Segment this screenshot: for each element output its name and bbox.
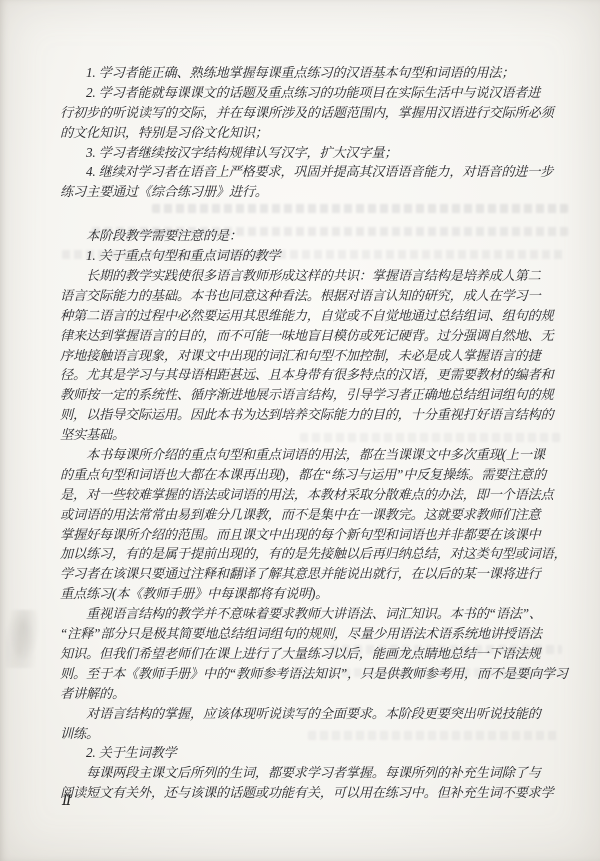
page-text: 1. 学习者能正确、熟练地掌握每课重点练习的汉语基本句型和词语的用法；2. 学习…: [60, 63, 550, 803]
text-line: 则，以指导交际运用。因此本书为达到培养交际能力的目的，十分重视打好语言结构的: [60, 405, 550, 425]
text-line: 种第二语言的过程中必然要运用其思维能力，自觉或不自觉地通过总结组词、组句的规: [60, 306, 550, 326]
text-line: 1. 学习者能正确、熟练地掌握每课重点练习的汉语基本句型和词语的用法；: [60, 63, 550, 83]
text-line: 本书每课所介绍的重点句型和重点词语的用法，都在当课课文中多次重现(上一课: [60, 445, 550, 465]
text-line: 2. 关于生词教学: [60, 743, 550, 763]
text-line: 的文化知识，特别是习俗文化知识；: [60, 123, 550, 143]
text-line: 训练。: [60, 724, 550, 744]
text-line: 径。尤其是学习与其母语相距甚远、且本身带有很多特点的汉语，更需要教材的编者和: [60, 365, 550, 385]
text-line: 1. 关于重点句型和重点词语的教学: [60, 246, 550, 266]
text-line: 是，对一些较难掌握的语法或词语的用法，本教材采取分散难点的办法，即一个语法点: [60, 485, 550, 505]
text-line: 对语言结构的掌握，应该体现听说读写的全面要求。本阶段更要突出听说技能的: [60, 704, 550, 724]
text-line: 3. 学习者继续按汉字结构规律认写汉字，扩大汉字量；: [60, 143, 550, 163]
text-line: 语言交际能力的基础。本书也同意这种看法。根据对语言认知的研究，成人在学习一: [60, 286, 550, 306]
text-line: 练习主要通过《综合练习册》进行。: [60, 182, 550, 202]
text-line: 或词语的用法常常由易到难分几课教，而不是集中在一课教完。这就要求教师们注意: [60, 505, 550, 525]
text-line: 知识。但我们希望老师们在课上进行了大量练习以后，能画龙点睛地总结一下语法规: [60, 644, 550, 664]
text-line: 2. 学习者能就每课课文的话题及重点练习的功能项目在实际生活中与说汉语者进: [60, 83, 550, 103]
text-line: 律来达到掌握语言的目的，而不可能一味地盲目模仿或死记硬背。过分强调自然地、无: [60, 326, 550, 346]
text-line: 4. 继续对学习者在语音上严格要求，巩固并提高其汉语语音能力，对语音的进一步: [60, 162, 550, 182]
text-line: 序地接触语言现象，对课文中出现的词汇和句型不加控制，未必是成人掌握语言的捷: [60, 346, 550, 366]
text-line: 学习者在该课只要通过注释和翻译了解其意思并能说出就行，在以后的某一课将进行: [60, 564, 550, 584]
text-line: “注释”部分只是极其简要地总结组词组句的规则，尽量少用语法术语系统地讲授语法: [60, 624, 550, 644]
text-line: 则。至于本《教师手册》中的“教师参考语法知识”，只是供教师参考用，而不是要向学习: [60, 664, 550, 684]
text-line: 的重点句型和词语也大都在本课再出现)，都在“练习与运用”中反复操练。需要注意的: [60, 465, 550, 485]
text-line: 者讲解的。: [60, 684, 550, 704]
page-number: Ⅱ: [62, 793, 72, 810]
text-line: 坚实基础。: [60, 425, 550, 445]
text-line: 长期的教学实践使很多语言教师形成这样的共识：掌握语言结构是培养成人第二: [60, 266, 550, 286]
text-line: 教师按一定的系统性、循序渐进地展示语言结构，引导学习者正确地总结组词组句的规: [60, 385, 550, 405]
ink-smudge: [5, 610, 39, 668]
text-line: 掌握好每课所介绍的范围。而且课文中出现的每个新句型和词语也并非都要在该课中: [60, 525, 550, 545]
text-line: 本阶段教学需要注意的是：: [60, 226, 550, 246]
text-line: 加以练习，有的是属于提前出现的，有的是先接触以后再归纳总结，对这类句型或词语，: [60, 544, 550, 564]
text-line: 重视语言结构的教学并不意味着要求教师大讲语法、词汇知识。本书的“语法”、: [60, 604, 550, 624]
scanned-page: 1. 学习者能正确、熟练地掌握每课重点练习的汉语基本句型和词语的用法；2. 学习…: [0, 0, 600, 861]
text-line: 每课两段主课文后所列的生词，都要求学习者掌握。每课所列的补充生词除了与: [60, 763, 550, 783]
text-line: 重点练习(本《教师手册》中每课都将有说明)。: [60, 584, 550, 604]
text-line: 行初步的听说读写的交际，并在每课所涉及的话题范围内，掌握用汉语进行交际所必须: [60, 103, 550, 123]
text-line: 阅读短文有关外，还与该课的话题或功能有关，可以用在练习中。但补充生词不要求学: [60, 783, 550, 803]
